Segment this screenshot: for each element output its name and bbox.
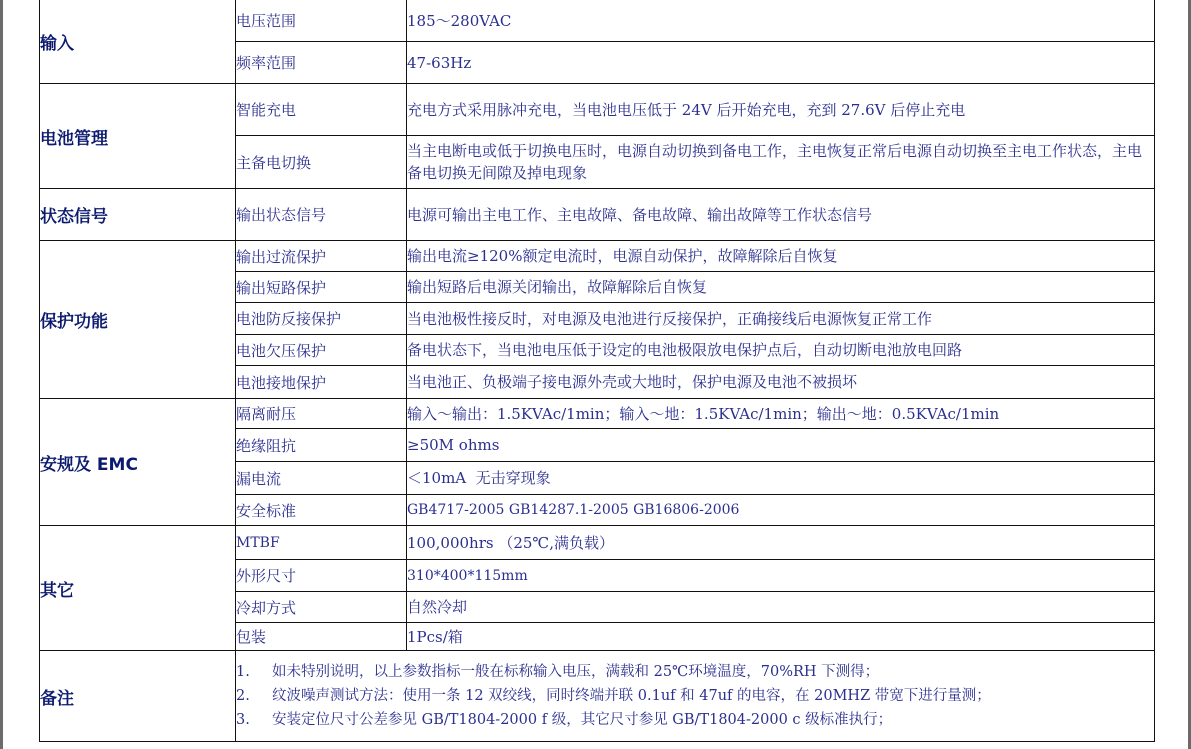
note-line: 3. 安装定位尺寸公差参见 GB/T1804-2000 f 级，其它尺寸参见 G… — [236, 708, 1154, 732]
item-value: 当主电断电或低于切换电压时，电源自动切换到备电工作，主电恢复正常后电源自动切换至… — [407, 136, 1155, 189]
item-value: 47-63Hz — [407, 42, 1155, 84]
category-safety-emc: 安规及 EMC — [40, 399, 236, 526]
item-label: MTBF — [236, 526, 407, 560]
item-label: 输出短路保护 — [236, 272, 407, 303]
item-label: 频率范围 — [236, 42, 407, 84]
item-label: 包装 — [236, 623, 407, 651]
item-label: 智能充电 — [236, 84, 407, 136]
item-value: 充电方式采用脉冲充电，当电池电压低于 24V 后开始充电，充到 27.6V 后停… — [407, 84, 1155, 136]
spec-table: 输入 电压范围 185～280VAC 频率范围 47-63Hz 电池管理 智能充… — [39, 0, 1155, 742]
item-value: 100,000hrs （25℃,满负载） — [407, 526, 1155, 560]
note-line: 1. 如未特别说明，以上参数指标一般在标称输入电压，满载和 25℃环境温度，70… — [236, 660, 1154, 684]
item-value: 1Pcs/箱 — [407, 623, 1155, 651]
item-label: 绝缘阻抗 — [236, 429, 407, 462]
item-value: 电源可输出主电工作、主电故障、备电故障、输出故障等工作状态信号 — [407, 189, 1155, 241]
item-value: ＜10mA 无击穿现象 — [407, 462, 1155, 495]
item-label: 外形尺寸 — [236, 560, 407, 592]
note-text: 如未特别说明，以上参数指标一般在标称输入电压，满载和 25℃环境温度，70%RH… — [272, 660, 879, 684]
item-value: ≥50M ohms — [407, 429, 1155, 462]
notes-cell: 1. 如未特别说明，以上参数指标一般在标称输入电压，满载和 25℃环境温度，70… — [236, 651, 1155, 742]
category-input: 输入 — [40, 0, 236, 84]
table-row: 备注 1. 如未特别说明，以上参数指标一般在标称输入电压，满载和 25℃环境温度… — [40, 651, 1155, 742]
table-row: 输入 电压范围 185～280VAC — [40, 0, 1155, 42]
item-label: 输出过流保护 — [236, 241, 407, 272]
table-row: 保护功能 输出过流保护 输出电流≥120%额定电流时，电源自动保护，故障解除后自… — [40, 241, 1155, 272]
category-other: 其它 — [40, 526, 236, 651]
item-label: 电压范围 — [236, 0, 407, 42]
note-number: 2. — [236, 684, 272, 708]
item-label: 隔离耐压 — [236, 399, 407, 429]
item-value: 备电状态下，当电池电压低于设定的电池极限放电保护点后，自动切断电池放电回路 — [407, 335, 1155, 366]
note-text: 安装定位尺寸公差参见 GB/T1804-2000 f 级，其它尺寸参见 GB/T… — [272, 708, 892, 732]
item-label: 输出状态信号 — [236, 189, 407, 241]
item-value: 当电池极性接反时，对电源及电池进行反接保护，正确接线后电源恢复正常工作 — [407, 303, 1155, 335]
note-line: 2. 纹波噪声测试方法：使用一条 12 双绞线，同时终端并联 0.1uf 和 4… — [236, 684, 1154, 708]
item-value: 输入～输出：1.5KVAc/1min；输入～地：1.5KVAc/1min；输出～… — [407, 399, 1155, 429]
table-row: 电池管理 智能充电 充电方式采用脉冲充电，当电池电压低于 24V 后开始充电，充… — [40, 84, 1155, 136]
item-label: 漏电流 — [236, 462, 407, 495]
page-edge-left — [0, 0, 3, 749]
note-number: 1. — [236, 660, 272, 684]
item-value: 185～280VAC — [407, 0, 1155, 42]
category-battery-management: 电池管理 — [40, 84, 236, 189]
item-value: GB4717-2005 GB14287.1-2005 GB16806-2006 — [407, 495, 1155, 526]
item-label: 主备电切换 — [236, 136, 407, 189]
category-status-signal: 状态信号 — [40, 189, 236, 241]
item-value: 自然冷却 — [407, 592, 1155, 623]
category-protection: 保护功能 — [40, 241, 236, 399]
item-value: 输出电流≥120%额定电流时，电源自动保护，故障解除后自恢复 — [407, 241, 1155, 272]
table-row: 其它 MTBF 100,000hrs （25℃,满负载） — [40, 526, 1155, 560]
item-label: 安全标准 — [236, 495, 407, 526]
item-value: 310*400*115mm — [407, 560, 1155, 592]
item-value: 输出短路后电源关闭输出，故障解除后自恢复 — [407, 272, 1155, 303]
note-text: 纹波噪声测试方法：使用一条 12 双绞线，同时终端并联 0.1uf 和 47uf… — [272, 684, 991, 708]
category-notes: 备注 — [40, 651, 236, 742]
note-number: 3. — [236, 708, 272, 732]
item-label: 冷却方式 — [236, 592, 407, 623]
item-label: 电池防反接保护 — [236, 303, 407, 335]
item-value: 当电池正、负极端子接电源外壳或大地时，保护电源及电池不被损坏 — [407, 366, 1155, 399]
table-row: 状态信号 输出状态信号 电源可输出主电工作、主电故障、备电故障、输出故障等工作状… — [40, 189, 1155, 241]
table-row: 安规及 EMC 隔离耐压 输入～输出：1.5KVAc/1min；输入～地：1.5… — [40, 399, 1155, 429]
item-label: 电池欠压保护 — [236, 335, 407, 366]
item-label: 电池接地保护 — [236, 366, 407, 399]
